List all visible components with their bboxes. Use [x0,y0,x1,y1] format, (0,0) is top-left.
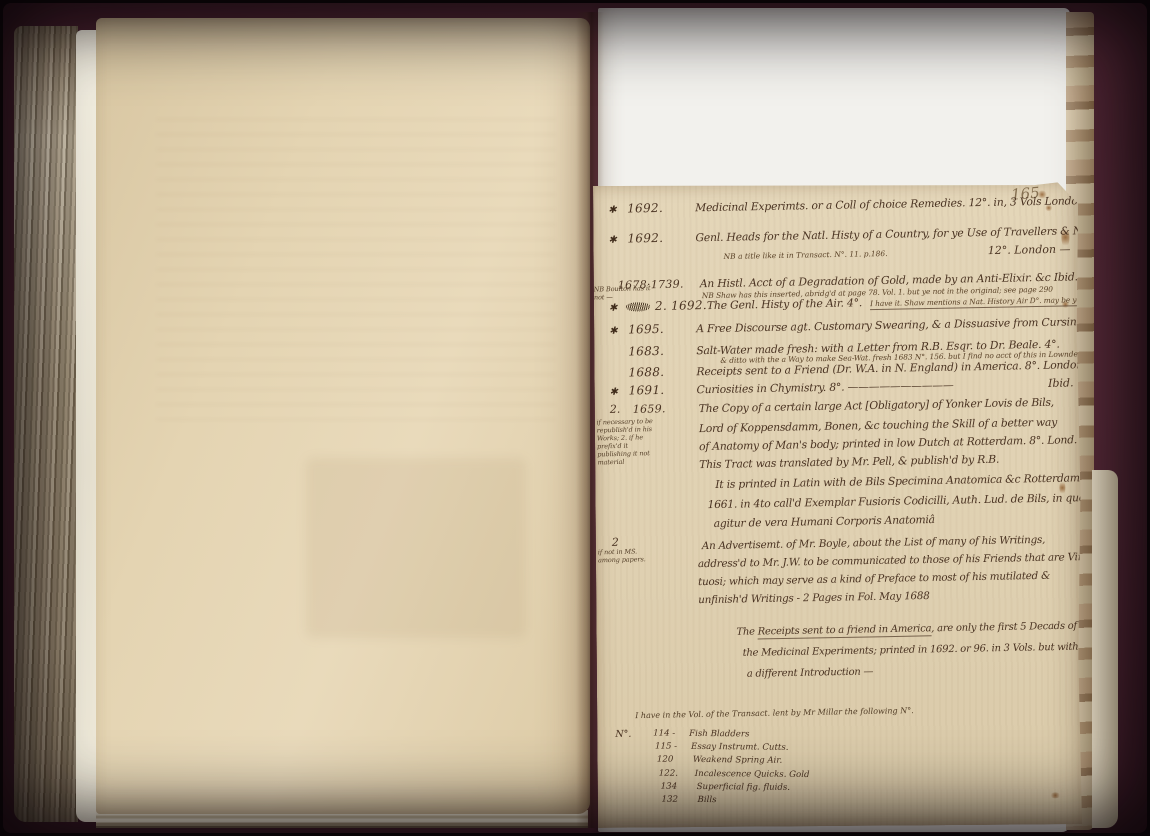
entry-marker: 2. [610,403,621,416]
catalog-entry: ✱ 1692. Medicinal Experimts. or a Coll o… [608,193,1072,216]
margin-note: if necessary to be republish'd in his Wo… [596,417,657,467]
entry-text-line: tuosi; which may serve as a kind of Pref… [698,570,1050,588]
item-number: 120 [657,754,693,768]
entry-note: NB a title like it in Transact. N°. 11. … [723,249,887,261]
catalog-entry: ✱ 1692. Genl. Heads for the Natl. Histy … [608,223,1072,246]
entry-text-line: The Copy of a certain large Act [Obligat… [699,396,1054,416]
catalog-entry: ✱ 2. 1692. The Genl. Histy of the Air. 4… [609,291,1073,315]
ink-show-through [156,118,556,428]
entry-note: I have it. Shaw mentions a Nat. History … [870,295,1102,310]
entry-year: 1659. [633,402,666,416]
entry-year: 1695. [628,321,696,336]
receipts-lead: The [736,626,757,637]
entry-text: Curiosities in Chymistry. 8°. —————————— [696,377,1042,396]
receipts-underlined: Receipts sent to a friend in America [758,623,932,639]
entry-text-line: Lord of Koppensdamm, Bonen, &c touching … [699,416,1057,436]
entry-text-line: It is printed in Latin with de Bils Spec… [715,471,1083,491]
footer-number-label: N°. [615,729,631,740]
item-number: 122. [659,767,695,781]
item-number: 114 - [653,728,689,742]
entry-marker: ✱ [610,387,629,398]
entry-text: Medicinal Experimts. or a Coll of choice… [695,194,1072,214]
receipts-note-line: The Receipts sent to a friend in America… [736,621,1077,638]
book-photograph: 165 ✱ 1692. Medicinal Experimts. or a Co… [0,0,1150,836]
page-edges-stack [14,26,78,822]
item-title: Bills [697,794,716,807]
entry-note-row: NB a title like it in Transact. N°. 11. … [723,243,1070,262]
item-title: Fish Bladders [689,728,749,742]
footer-heading: I have in the Vol. of the Transact. lent… [635,706,914,720]
entry-text-line: address'd to Mr. J.W. to be communicated… [698,551,1086,570]
entry-marker: ✱ [608,235,627,246]
item-title: Superficial fig. fluids. [697,781,790,795]
entry-year: 1691. [628,382,696,397]
entry-year: 1683. [628,343,696,358]
item-title: Essay Instrumt. Cutts. [691,741,789,755]
receipts-rest: , are only the first 5 Decads of [931,621,1077,635]
entry-text-line: This Tract was translated by Mr. Pell, &… [699,453,999,471]
receipts-note-line: the Medicinal Experiments; printed in 16… [743,642,1079,659]
entry-imprint: Ibid. [1042,376,1074,390]
entry-text-line: agitur de vera Humani Corporis Anatomiâ [714,513,935,530]
entry-text-line: unfinish'd Writings - 2 Pages in Fol. Ma… [698,590,930,606]
entry-year: 2. 1692. [655,298,707,313]
entry-marker: ✱ [608,205,627,216]
list-item: 132 Bills [661,794,809,809]
entry-marker: ✱ [609,326,628,337]
item-number: 134 [661,780,697,794]
entry-text: The Genl. Histy of the Air. 4°. [707,296,862,312]
entry-year: 1692. [627,230,695,245]
item-title: Weakend Spring Air. [693,754,782,768]
item-number: 115 - [655,741,691,755]
item-number: 132 [661,794,697,808]
cream-guard-edge [1092,470,1118,828]
entry-year: 1688. [628,364,696,379]
item-title: Incalescence Quicks. Gold [695,768,810,782]
faint-stain-patch [306,458,526,638]
entry-text: A Free Discourse agt. Customary Swearing… [696,315,1073,335]
foxing-spot [1050,792,1061,798]
entry-year: 1678·1739. [618,277,700,292]
transactions-list: 114 - Fish Bladders 115 - Essay Instrumt… [652,728,809,809]
entry-text-line: of Anatomy of Man's body; printed in low… [699,433,1077,453]
margin-note: if not in MS. among papers. [598,547,648,564]
catalog-entry: ✱ 1691. Curiosities in Chymistry. 8°. ——… [609,375,1073,398]
entry-text-line: 1661. in 4to call'd Exemplar Fusioris Co… [707,491,1085,511]
manuscript-leaf: 165 ✱ 1692. Medicinal Experimts. or a Co… [593,182,1083,828]
catalog-entry: ✱ 1695. A Free Discourse agt. Customary … [609,314,1073,337]
scribble-mark [626,302,650,311]
left-blank-page [96,18,590,814]
entry-text-line: An Advertisemt. of Mr. Boyle, about the … [702,534,1045,552]
entry-imprint: 12°. London — [988,243,1071,258]
receipts-note-line: a different Introduction — [747,666,874,679]
entry-year: 1692. [627,200,695,215]
entry-text: Genl. Heads for the Natl. Histy of a Cou… [695,224,1072,244]
